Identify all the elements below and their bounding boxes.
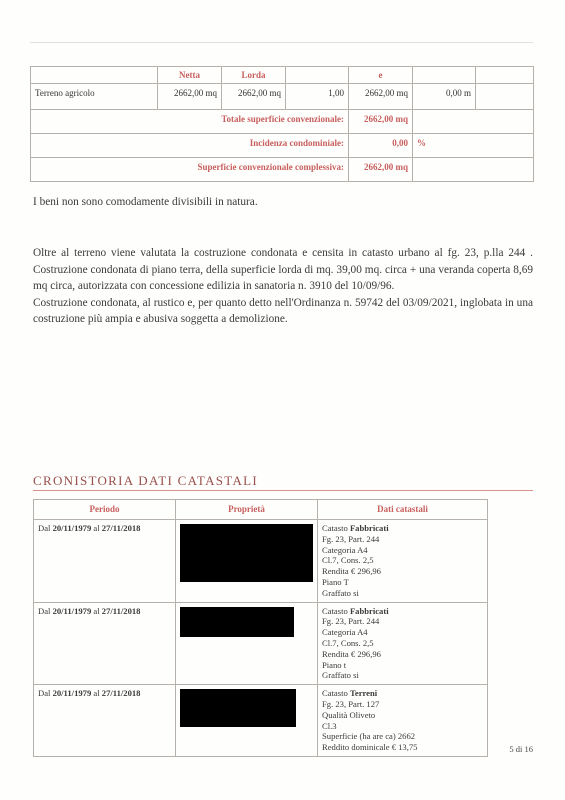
redaction-box	[180, 689, 296, 727]
section-title-underline	[33, 490, 533, 491]
page-number: 5 di 16	[509, 744, 533, 754]
page-top-divider	[30, 42, 533, 43]
valuation-paragraphs: Oltre al terreno viene valutata la costr…	[33, 245, 533, 328]
periodo-prefix: Dal	[38, 523, 50, 533]
total-label: Totale superficie convenzionale:	[31, 110, 349, 134]
cronistoria-row: Dal 20/11/1979 al 27/11/2018 Catasto Ter…	[34, 685, 488, 757]
catasto-type: Terreni	[350, 688, 377, 698]
catasto-line: Catasto Terreni	[322, 688, 483, 699]
cronistoria-row: Dal 20/11/1979 al 27/11/2018 Catasto Fab…	[34, 520, 488, 603]
header-unit: e	[349, 67, 413, 84]
surface-table: Netta Lorda e Terreno agricolo 2662,00 m…	[30, 66, 534, 182]
redaction-box	[180, 524, 313, 582]
dati-catastali-cell: Catasto Fabbricati Fg. 23, Part. 244 Cat…	[318, 520, 488, 603]
redaction-box	[180, 607, 294, 637]
detail-line: Fg. 23, Part. 244	[322, 616, 483, 627]
total-row-incidenza: Incidenza condominiale: 0,00 %	[31, 134, 534, 158]
value-depth: 0,00 m	[413, 84, 476, 110]
periodo-prefix: Dal	[38, 606, 50, 616]
paragraph-costruzione-condonata: Oltre al terreno viene valutata la costr…	[33, 245, 533, 295]
periodo-cell: Dal 20/11/1979 al 27/11/2018	[34, 520, 176, 603]
paragraph-demolizione: Costruzione condonata, al rustico e, per…	[33, 295, 533, 328]
total-row-complessiva: Superficie convenzionale complessiva: 26…	[31, 158, 534, 182]
paragraph-divisibility: I beni non sono comodamente divisibili i…	[33, 196, 533, 208]
dati-catastali-cell: Catasto Fabbricati Fg. 23, Part. 244 Cat…	[318, 602, 488, 685]
periodo-cell: Dal 20/11/1979 al 27/11/2018	[34, 602, 176, 685]
header-lorda: Lorda	[222, 67, 286, 84]
cronistoria-header-row: Periodo Proprietà Dati catastali	[34, 500, 488, 520]
empty-header-cell	[31, 67, 158, 84]
total-label: Incidenza condominiale:	[31, 134, 349, 158]
empty-cell	[476, 84, 534, 110]
empty-header-cell	[413, 67, 476, 84]
section-title-cronistoria: CRONISTORIA DATI CATASTALI	[33, 473, 258, 489]
total-value: 2662,00 mq	[349, 110, 413, 134]
appraisal-document-page: Netta Lorda e Terreno agricolo 2662,00 m…	[0, 0, 565, 800]
detail-line: Piano t	[322, 660, 483, 671]
surface-table-header-row: Netta Lorda e	[31, 67, 534, 84]
detail-line: Fg. 23, Part. 127	[322, 699, 483, 710]
periodo-mid: al	[93, 688, 99, 698]
detail-line: Cl.7, Cons. 2,5	[322, 638, 483, 649]
detail-line: Categoria A4	[322, 545, 483, 556]
detail-line: Fg. 23, Part. 244	[322, 534, 483, 545]
value-netta: 2662,00 mq	[158, 84, 222, 110]
total-unit	[413, 110, 534, 134]
detail-line: Rendita € 296,96	[322, 649, 483, 660]
total-row-superficie: Totale superficie convenzionale: 2662,00…	[31, 110, 534, 134]
total-unit	[413, 158, 534, 182]
detail-line: Categoria A4	[322, 627, 483, 638]
periodo-date-from: 20/11/1979	[53, 606, 92, 616]
catasto-label: Catasto	[322, 606, 348, 616]
detail-line: Reddito dominicale € 13,75	[322, 742, 483, 753]
detail-line: Graffato si	[322, 588, 483, 599]
periodo-mid: al	[93, 523, 99, 533]
proprieta-cell	[176, 520, 318, 603]
periodo-date-from: 20/11/1979	[53, 688, 92, 698]
periodo-mid: al	[93, 606, 99, 616]
value-coeff: 1,00	[286, 84, 349, 110]
cronistoria-table: Periodo Proprietà Dati catastali Dal 20/…	[33, 499, 488, 757]
cronistoria-row: Dal 20/11/1979 al 27/11/2018 Catasto Fab…	[34, 602, 488, 685]
periodo-date-to: 27/11/2018	[102, 688, 141, 698]
header-netta: Netta	[158, 67, 222, 84]
catasto-label: Catasto	[322, 688, 348, 698]
value-lorda: 2662,00 mq	[222, 84, 286, 110]
detail-line: Graffato si	[322, 670, 483, 681]
catasto-type: Fabbricati	[350, 606, 389, 616]
total-label: Superficie convenzionale complessiva:	[31, 158, 349, 182]
detail-line: Cl.3	[322, 721, 483, 732]
catasto-line: Catasto Fabbricati	[322, 523, 483, 534]
empty-header-cell	[286, 67, 349, 84]
total-value: 2662,00 mq	[349, 158, 413, 182]
periodo-date-to: 27/11/2018	[102, 606, 141, 616]
proprieta-cell	[176, 602, 318, 685]
proprieta-cell	[176, 685, 318, 757]
dati-catastali-cell: Catasto Terreni Fg. 23, Part. 127 Qualit…	[318, 685, 488, 757]
detail-line: Piano T	[322, 577, 483, 588]
detail-line: Cl.7, Cons. 2,5	[322, 555, 483, 566]
row-label: Terreno agricolo	[31, 84, 158, 110]
header-periodo: Periodo	[34, 500, 176, 520]
surface-table-data-row: Terreno agricolo 2662,00 mq 2662,00 mq 1…	[31, 84, 534, 110]
periodo-cell: Dal 20/11/1979 al 27/11/2018	[34, 685, 176, 757]
value-conv: 2662,00 mq	[349, 84, 413, 110]
catasto-type: Fabbricati	[350, 523, 389, 533]
header-dati-catastali: Dati catastali	[318, 500, 488, 520]
total-value: 0,00	[349, 134, 413, 158]
detail-line: Rendita € 296,96	[322, 566, 483, 577]
detail-line: Superficie (ha are ca) 2662	[322, 731, 483, 742]
periodo-date-from: 20/11/1979	[53, 523, 92, 533]
periodo-date-to: 27/11/2018	[102, 523, 141, 533]
periodo-prefix: Dal	[38, 688, 50, 698]
detail-line: Qualità Oliveto	[322, 710, 483, 721]
total-unit: %	[413, 134, 534, 158]
empty-header-cell	[476, 67, 534, 84]
catasto-line: Catasto Fabbricati	[322, 606, 483, 617]
catasto-label: Catasto	[322, 523, 348, 533]
header-proprieta: Proprietà	[176, 500, 318, 520]
